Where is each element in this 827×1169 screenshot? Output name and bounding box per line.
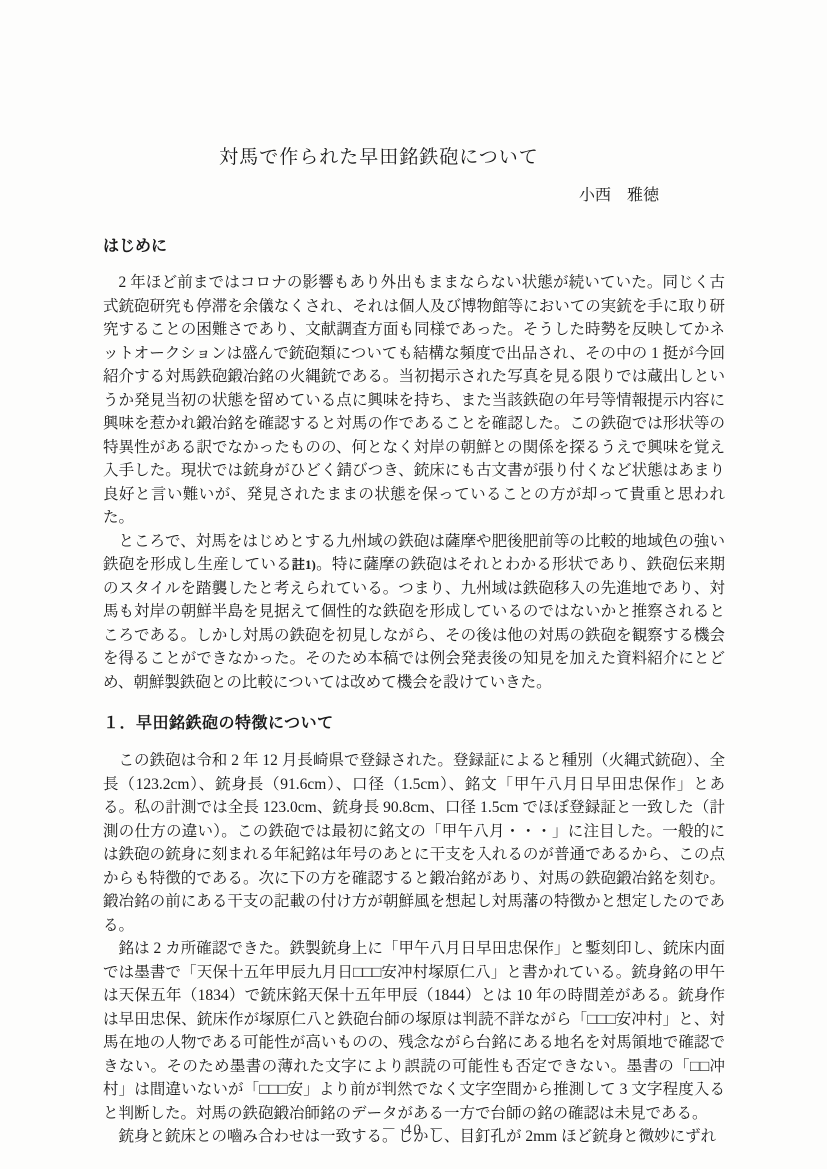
section1-paragraph-2: 銘は 2 カ所確認できた。鉄製銃身上に「甲午八月日早田忠保作」と鏨刻印し、銃床内…	[103, 937, 725, 1125]
content-column: 対馬で作られた早田銘鉄砲について 小西 雅徳 はじめに 2 年ほど前まではコロナ…	[103, 0, 725, 1149]
author-name: 小西 雅徳	[103, 184, 725, 208]
paper-page: 対馬で作られた早田銘鉄砲について 小西 雅徳 はじめに 2 年ほど前まではコロナ…	[0, 0, 827, 1169]
section1-heading: １．早田銘鉄砲の特徴について	[103, 712, 725, 736]
footnote-reference-1: 註1)	[292, 557, 316, 572]
intro-heading: はじめに	[103, 235, 725, 259]
intro-paragraph-1: 2 年ほど前まではコロナの影響もあり外出もままならない状態が続いていた。同じく古…	[103, 271, 725, 530]
article-title: 対馬で作られた早田銘鉄砲について	[103, 145, 725, 171]
section1-paragraph-1: この鉄砲は令和 2 年 12 月長崎県で登録された。登録証によると種別（火縄式銃…	[103, 749, 725, 937]
page-number: － 40 －	[0, 1118, 827, 1139]
intro-paragraph-2-text-after-note: 。特に薩摩の鉄砲はそれとわかる形状であり、鉄砲伝来期のスタイルを踏襲したと考えら…	[103, 556, 725, 691]
intro-paragraph-2: ところで、対馬をはじめとする九州域の鉄砲は薩摩や肥後肥前等の比較的地域色の強い鉄…	[103, 530, 725, 695]
